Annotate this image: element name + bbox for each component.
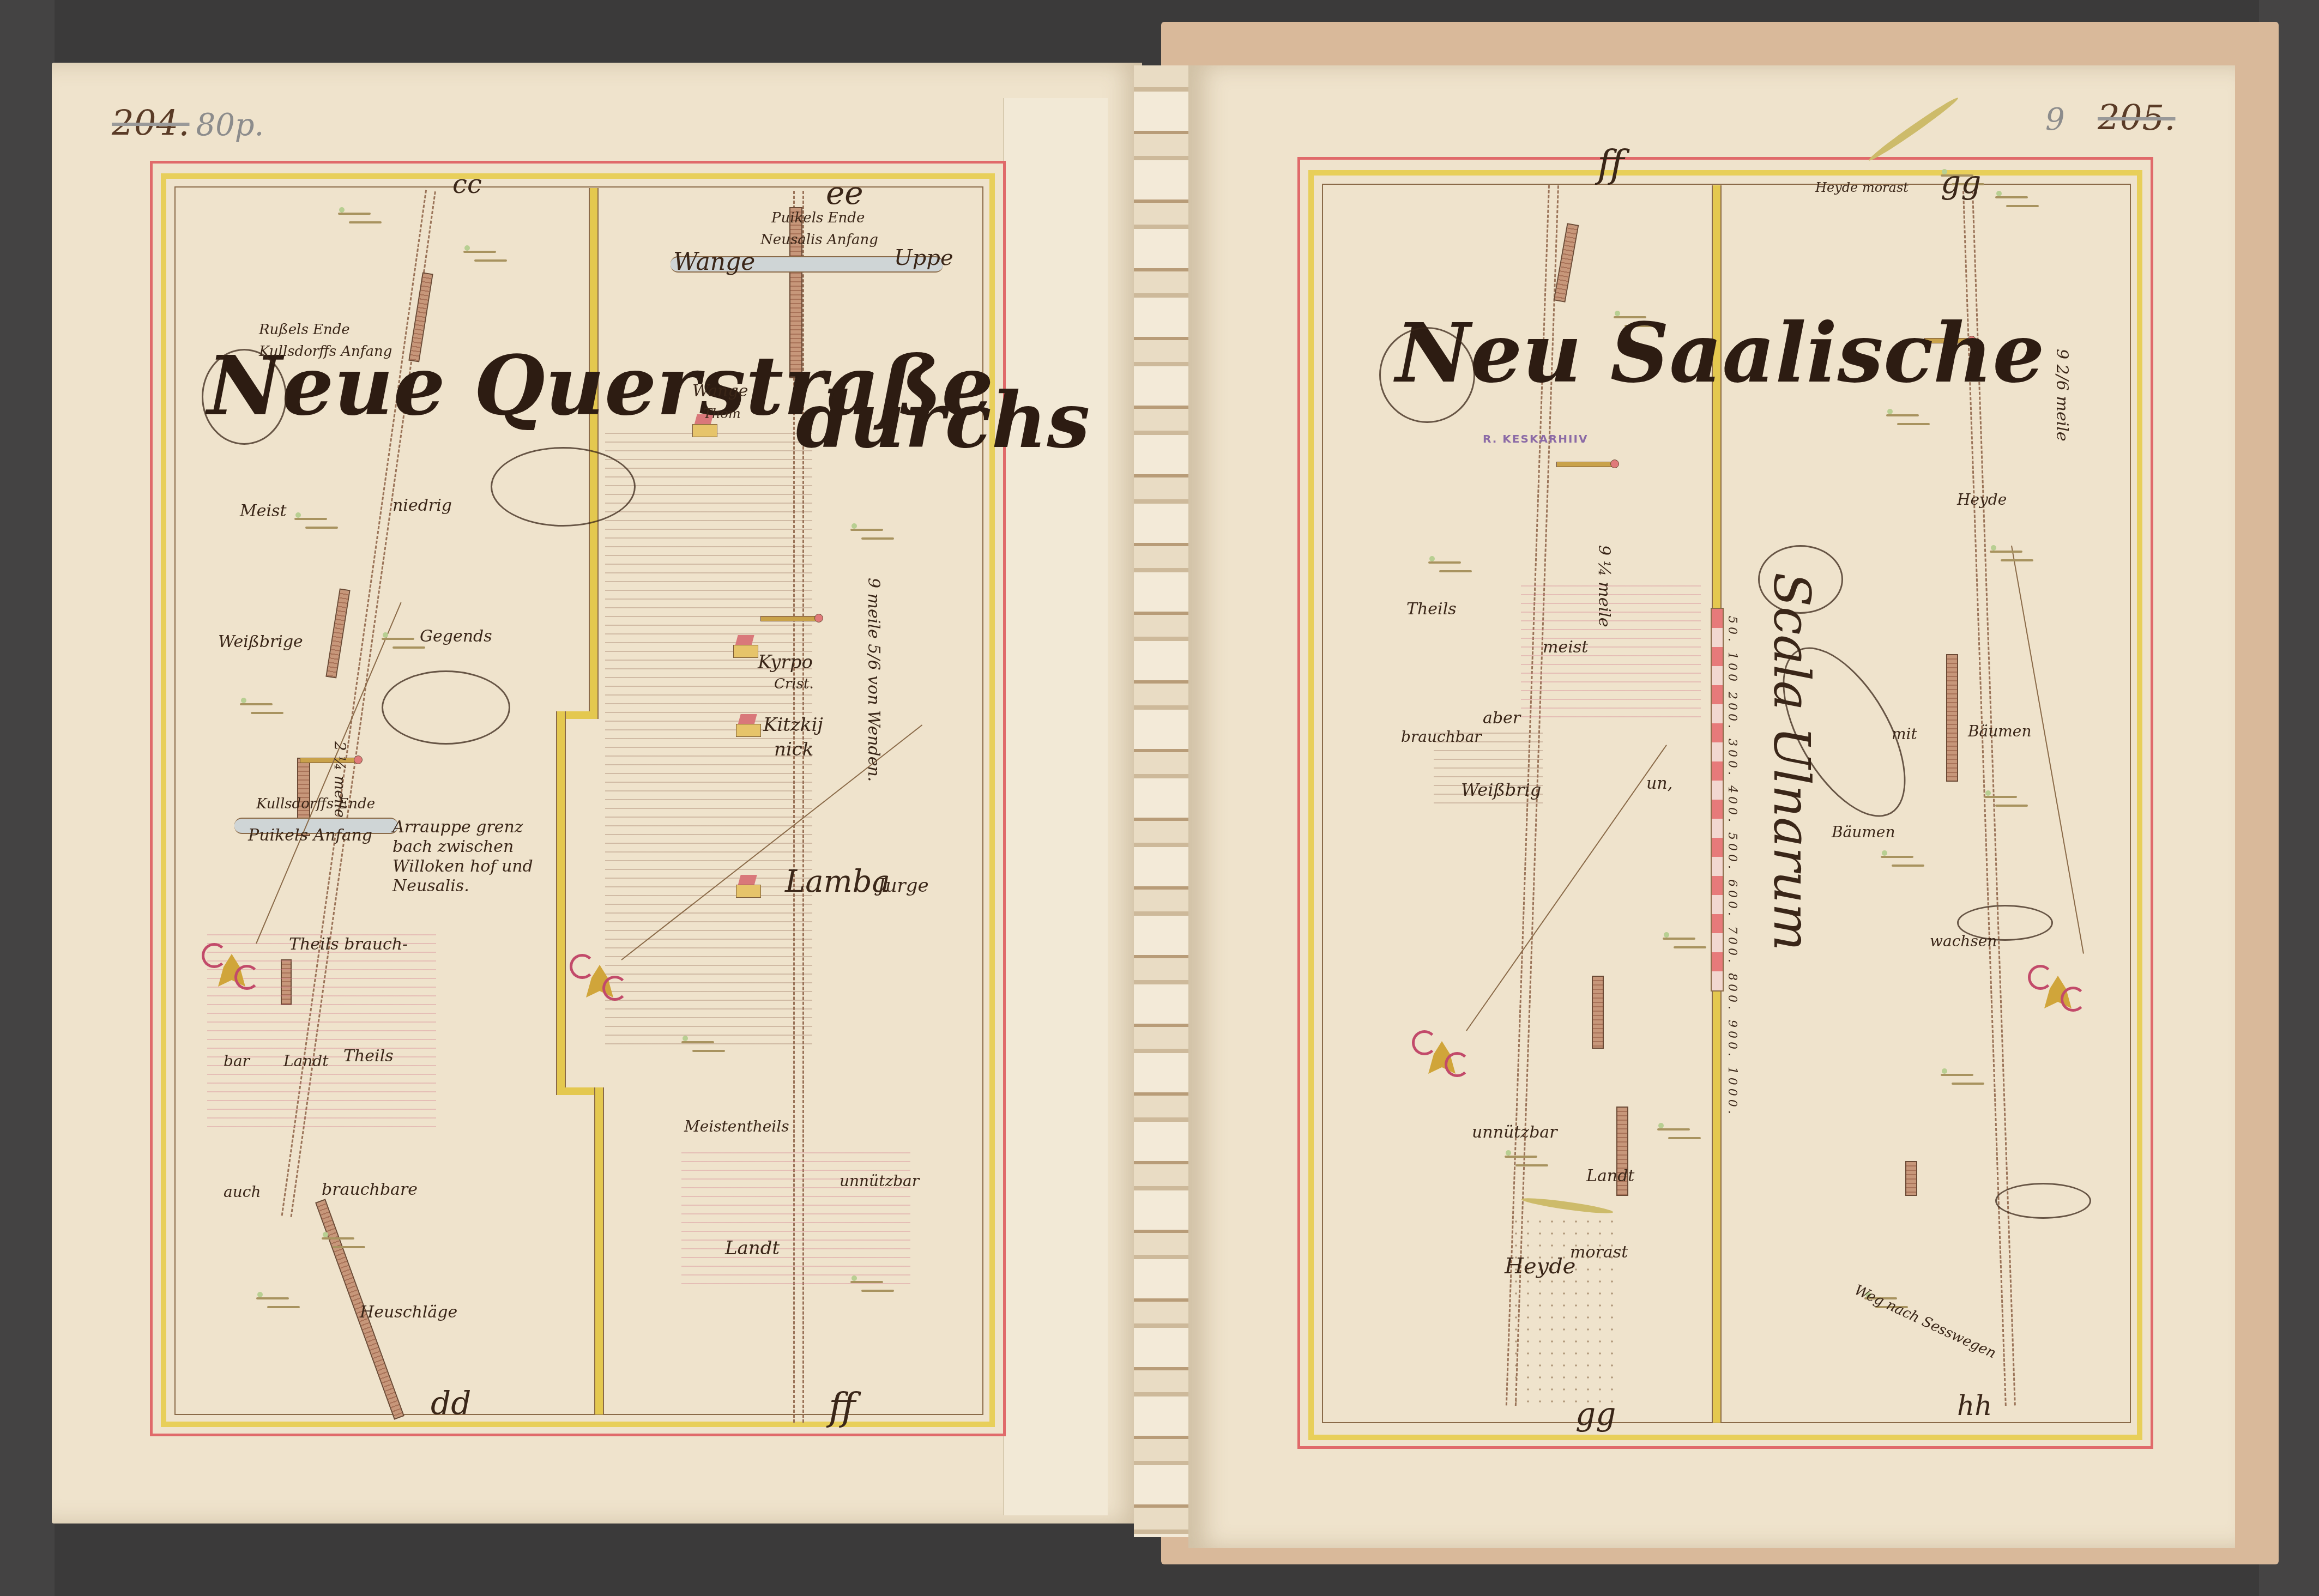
place-label: nick <box>774 739 813 760</box>
terrain-label: Theils <box>1406 600 1457 619</box>
right-page-title: Neu Saalische <box>1396 305 2045 401</box>
grass-tuft-symbol <box>294 512 338 532</box>
grass-tuft-symbol <box>1881 850 1924 870</box>
terrain-label: Weißbrig <box>1461 779 1541 800</box>
scale-bar <box>1711 608 1724 992</box>
folio-ink: 205. <box>2098 98 2176 138</box>
place-label: Rußels Ende <box>259 322 350 338</box>
route-marker: ee <box>826 174 863 211</box>
grass-tuft-symbol <box>1657 1123 1701 1142</box>
river-label: Arrauppe grenz bach zwischen Willoken ho… <box>392 818 556 896</box>
grass-tuft-symbol <box>681 1036 725 1055</box>
route-marker: gg <box>1575 1395 1616 1432</box>
grass-tuft-symbol <box>1995 191 2039 210</box>
terrain-label: Meistentheils <box>684 1117 789 1135</box>
place-label: Puikels Ende <box>771 210 865 226</box>
folio-ink: 204. <box>112 104 190 144</box>
farmhouse-icon <box>733 635 757 657</box>
terrain-label: un, <box>1646 774 1672 793</box>
calligraphic-flourish <box>1995 1183 2091 1219</box>
grass-tuft-symbol <box>256 1292 300 1311</box>
terrain-label: Heyde <box>1957 491 2007 509</box>
distance-label: 2 ¼ meile <box>331 741 349 818</box>
left-page-title-continued: durchs <box>796 376 1090 465</box>
terrain-label: bar <box>224 1052 250 1070</box>
marsh-hatching <box>681 1145 910 1286</box>
terrain-label: Bäumen <box>1832 823 1895 841</box>
terrain-label: Landt <box>283 1052 329 1070</box>
terrain-label: Weißbrige <box>218 632 303 651</box>
place-label: Neusalis Anfang <box>760 232 878 248</box>
terrain-label: Meist <box>240 501 287 521</box>
farmhouse-icon <box>736 714 760 736</box>
grass-tuft-symbol <box>1428 556 1472 576</box>
fleur-de-lis-north-arrow-icon <box>2028 959 2088 1019</box>
terrain-label: Bäumen <box>1968 722 2031 740</box>
left-column-divider-middle <box>556 711 566 1093</box>
terrain-label: morast <box>1570 1243 1628 1262</box>
terrain-label: meist <box>1543 638 1588 657</box>
left-column-divider-lower <box>594 1087 604 1414</box>
calligraphic-flourish <box>1758 545 1843 614</box>
distance-label: 9 meile 5/6 von Wenden. <box>864 578 883 782</box>
grass-tuft-symbol <box>322 1232 365 1252</box>
archive-stamp: R. KESKARHIIV <box>1483 432 1588 445</box>
route-marker: cc <box>452 169 482 199</box>
terrain-label: brauchbare <box>322 1180 418 1199</box>
fleur-de-lis-north-arrow-icon <box>570 948 630 1008</box>
terrain-label: niedrig <box>392 496 452 515</box>
route-marker: dd <box>431 1385 471 1422</box>
place-label: Kullsdorffs Anfang <box>259 343 392 360</box>
route-marker: gg <box>1941 164 1981 201</box>
terrain-label: Heyde morast <box>1815 180 1909 195</box>
place-label: Kyrpo <box>758 651 813 673</box>
milepost-marker <box>1556 462 1612 467</box>
book-spine-gutter <box>1134 65 1194 1537</box>
place-label: Kitzkij <box>763 714 823 736</box>
route-marker: hh <box>1957 1390 1992 1422</box>
calligraphic-flourish <box>1957 905 2053 941</box>
grass-tuft-symbol <box>240 698 283 717</box>
place-label: Lamba <box>785 864 890 899</box>
grass-tuft-symbol <box>463 245 507 265</box>
terrain-label: unnützbar <box>840 1172 919 1190</box>
calligraphic-flourish <box>491 447 636 527</box>
terrain-label: Heuschläge <box>360 1303 457 1322</box>
terrain-label: auch <box>224 1183 261 1201</box>
road-segment <box>1592 976 1604 1049</box>
scanner-background-left <box>0 0 55 1596</box>
grass-tuft-symbol <box>1505 1150 1548 1170</box>
route-marker: ff <box>1597 142 1624 186</box>
grass-tuft-symbol <box>338 207 382 227</box>
folio-pencil: 80p. <box>196 107 264 143</box>
grass-tuft-symbol <box>1990 545 2033 565</box>
terrain-label: aber <box>1483 709 1520 728</box>
distance-label: 9 ¼ meile <box>1595 545 1614 627</box>
fleur-de-lis-north-arrow-icon <box>1412 1025 1472 1085</box>
place-label: Jurge <box>878 875 929 897</box>
terrain-label: unnützbar <box>1472 1123 1557 1142</box>
terrain-label: brauchbar <box>1401 728 1482 746</box>
left-folio-number: 204.80p. <box>112 104 264 144</box>
place-label: Puikels Anfang <box>248 826 372 845</box>
calligraphic-flourish <box>202 349 287 445</box>
route-marker: ff <box>829 1385 856 1429</box>
calligraphic-flourish <box>1379 327 1475 423</box>
grass-tuft-symbol <box>382 632 425 652</box>
grass-tuft-symbol <box>1984 790 2028 810</box>
terrain-label: Landt <box>1586 1166 1634 1186</box>
grass-tuft-symbol <box>1663 932 1706 952</box>
folded-flap <box>1003 98 1108 1515</box>
terrain-label: Landt <box>725 1237 780 1259</box>
grass-tuft-symbol <box>1941 1068 1984 1088</box>
place-label: Wange <box>692 382 748 401</box>
terrain-label: Theils <box>343 1047 394 1066</box>
road-segment <box>1905 1161 1917 1196</box>
terrain-label: Gegends <box>420 627 492 646</box>
terrain-label: Heyde <box>1505 1254 1575 1279</box>
scale-tick-labels: 50. 100 200. 300. 400. 500. 600. 700. 80… <box>1725 616 1739 1117</box>
farmhouse-icon <box>736 875 760 897</box>
grass-tuft-symbol <box>850 523 894 543</box>
grass-tuft-symbol <box>1886 409 1930 428</box>
place-label: Kullsdorffs Ende <box>256 796 375 812</box>
terrain-label: mit <box>1892 725 1917 743</box>
terrain-label: Theils brauch- <box>289 935 408 954</box>
grass-tuft-symbol <box>850 1275 894 1295</box>
calligraphic-flourish <box>382 670 510 745</box>
place-label: Crist. <box>774 676 814 692</box>
place-label: Thom <box>703 406 741 421</box>
right-folio-number: 9 205. <box>2039 98 2175 138</box>
fleur-de-lis-north-arrow-icon <box>202 938 262 997</box>
river-label: Wange <box>673 248 755 276</box>
distance-label: 9 2/6 meile <box>2052 349 2072 442</box>
folio-pencil: 9 <box>2045 102 2065 137</box>
river-label: Uppe <box>894 245 953 270</box>
road-segment <box>1946 654 1958 782</box>
